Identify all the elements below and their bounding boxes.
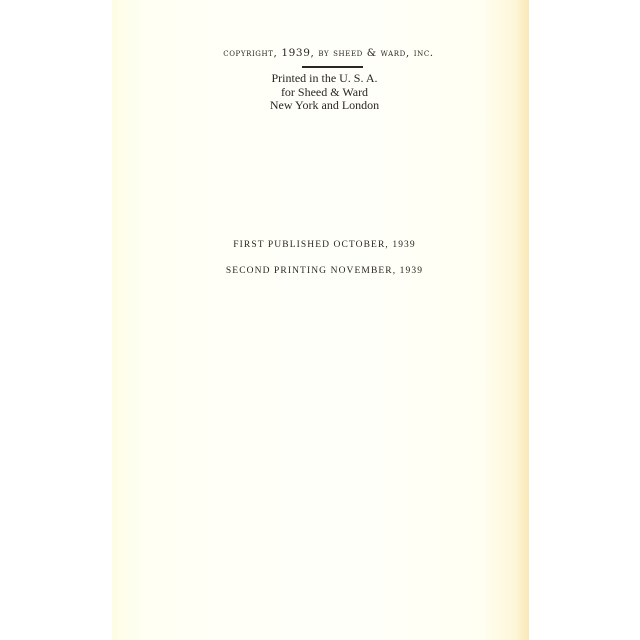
imprint-line: New York and London [120,99,529,113]
divider-rule [302,66,363,68]
first-published-line: FIRST PUBLISHED OCTOBER, 1939 [112,240,529,250]
imprint-line: Printed in the U. S. A. [120,72,529,86]
copyright-line: COPYRIGHT, 1939, BY SHEED & WARD, INC. [112,47,537,59]
book-page: COPYRIGHT, 1939, BY SHEED & WARD, INC. P… [112,0,529,640]
imprint-line: for Sheed & Ward [120,86,529,100]
second-printing-line: SECOND PRINTING NOVEMBER, 1939 [112,266,529,276]
printer-imprint: Printed in the U. S. A. for Sheed & Ward… [112,72,529,113]
